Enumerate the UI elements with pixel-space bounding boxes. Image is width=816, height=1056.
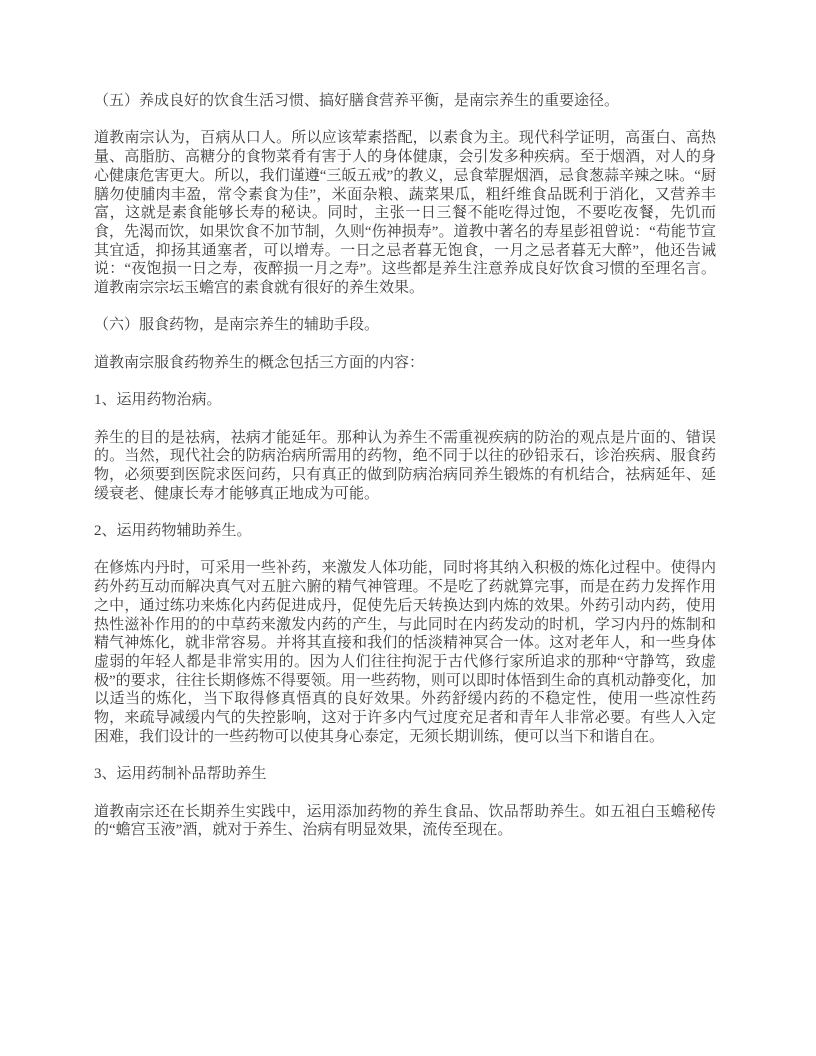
document-text-block: （五）养成良好的饮食生活习惯、搞好膳食营养平衡，是南宗养生的重要途径。 道教南宗… xyxy=(94,92,716,840)
section-6-heading: （六）服食药物，是南宗养生的辅助手段。 xyxy=(94,316,716,335)
section-5-body: 道教南宗认为，百病从口人。所以应该荤素搭配，以素食为主。现代科学证明，高蛋白、高… xyxy=(94,129,716,297)
item-1-body: 养生的目的是祛病，祛病才能延年。那种认为养生不需重视疾病的防治的观点是片面的、错… xyxy=(94,429,716,504)
item-2-heading: 2、运用药物辅助养生。 xyxy=(94,522,716,541)
section-6-intro: 道教南宗服食药物养生的概念包括三方面的内容： xyxy=(94,354,716,373)
item-3-heading: 3、运用药制补品帮助养生 xyxy=(94,765,716,784)
item-1-heading: 1、运用药物治病。 xyxy=(94,391,716,410)
document-page: （五）养成良好的饮食生活习惯、搞好膳食营养平衡，是南宗养生的重要途径。 道教南宗… xyxy=(0,0,816,1056)
section-5-heading: （五）养成良好的饮食生活习惯、搞好膳食营养平衡，是南宗养生的重要途径。 xyxy=(94,92,716,111)
item-3-body: 道教南宗还在长期养生实践中，运用添加药物的养生食品、饮品帮助养生。如五祖白玉蟾秘… xyxy=(94,803,716,840)
item-2-body: 在修炼内丹时，可采用一些补药，来激发人体功能，同时将其纳入积极的炼化过程中。使得… xyxy=(94,559,716,746)
